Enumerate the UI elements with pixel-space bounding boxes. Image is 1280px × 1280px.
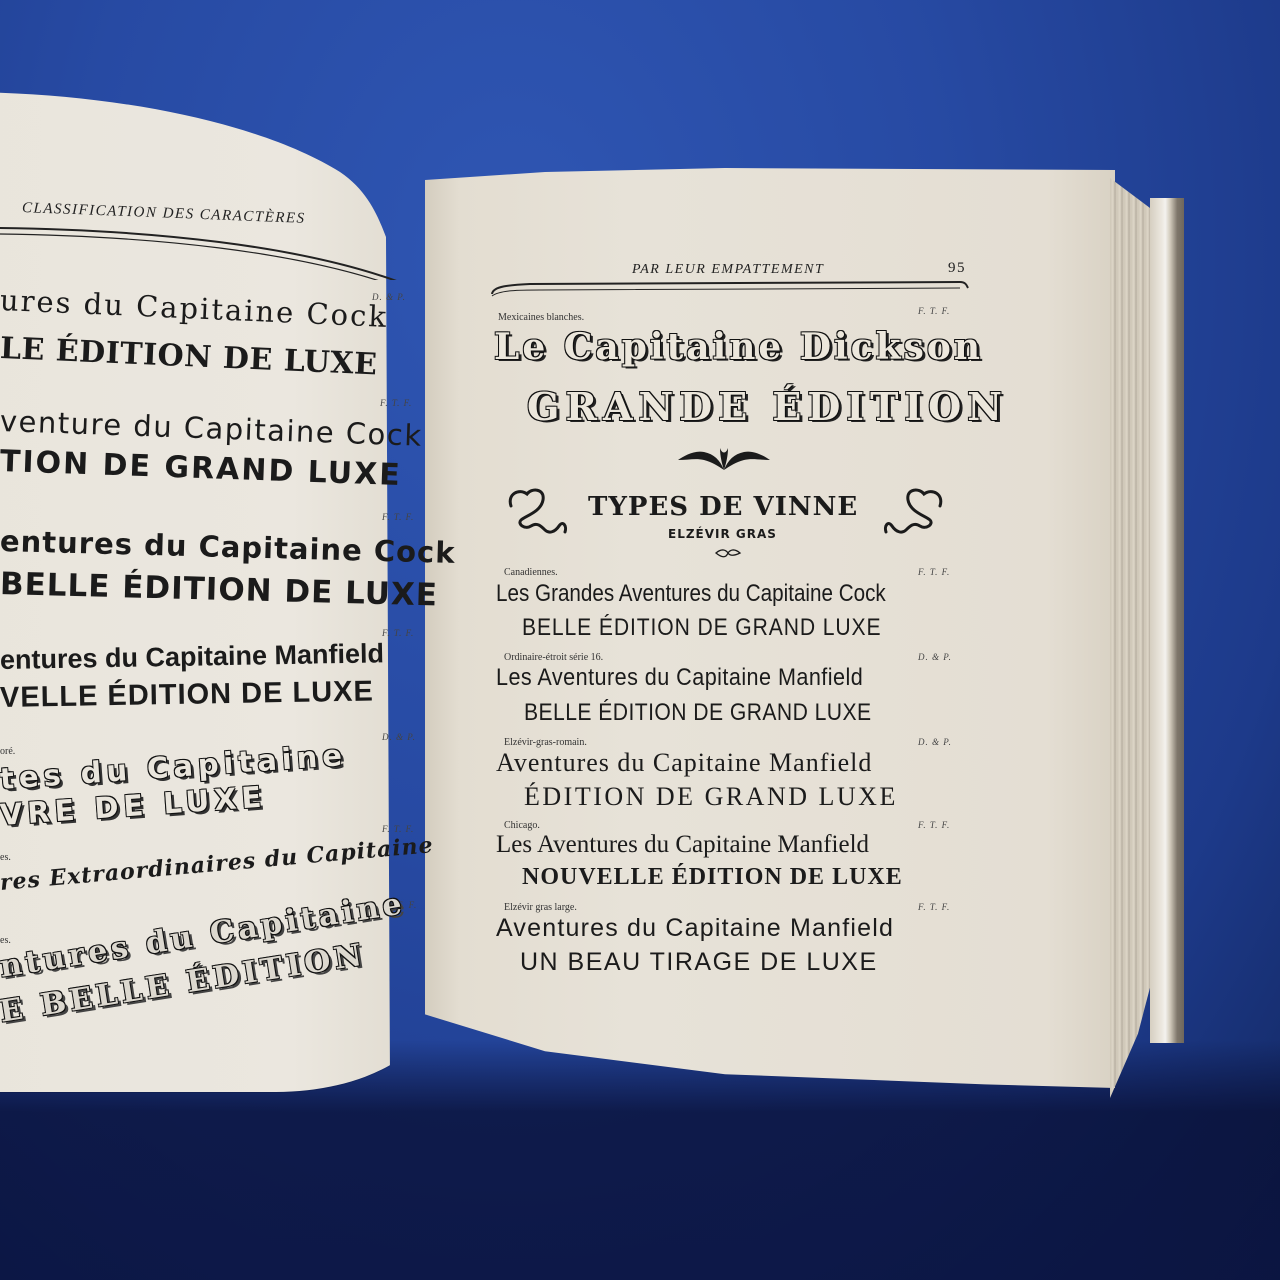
specimen-line: BELLE ÉDITION DE GRAND LUXE [524, 699, 872, 727]
section-title: TYPES DE VINNE [588, 492, 858, 522]
specimen-line: Les Aventures du Capitaine Manfield [496, 664, 863, 692]
specimen-label: es. [0, 935, 11, 946]
specimen-source: F. T. F. [382, 512, 414, 522]
book-cover-edge [1150, 198, 1184, 1043]
page-number: 95 [948, 260, 966, 277]
specimen-line: UN BEAU TIRAGE DE LUXE [520, 948, 878, 977]
specimen-label: Elzévir gras large. [504, 902, 577, 913]
specimen-label: Chicago. [504, 820, 540, 831]
specimen-line: Aventures du Capitaine Manfield [496, 914, 894, 943]
specimen-line: BELLE ÉDITION DE GRAND LUXE [522, 614, 881, 642]
page-edges [1110, 178, 1150, 1098]
section-subtitle: ELZÉVIR GRAS [668, 527, 777, 541]
specimen-label: Elzévir-gras-romain. [504, 737, 587, 748]
left-header-rule [0, 220, 420, 280]
specimen-source: F. T. F. [918, 567, 950, 577]
specimen-source: F. T. F. [918, 902, 950, 912]
small-fleuron-icon [714, 546, 742, 560]
specimen-label: es. [0, 852, 11, 863]
specimen-line: Le Capitaine Dickson [494, 326, 983, 368]
specimen-source: D. & P. [382, 732, 416, 742]
specimen-source: F. T. F. [382, 824, 414, 834]
specimen-line: ÉDITION DE GRAND LUXE [524, 782, 898, 812]
specimen-line: Aventures du Capitaine Manfield [496, 748, 872, 778]
specimen-source: D. & P. [918, 652, 952, 662]
specimen-line: NOUVELLE ÉDITION DE LUXE [522, 864, 903, 891]
specimen-source: F. T. F. [918, 820, 950, 830]
specimen-line: Les Aventures du Capitaine Manfield [496, 831, 869, 859]
specimen-label: oré. [0, 746, 15, 757]
specimen-line: Les Grandes Aventures du Capitaine Cock [496, 580, 886, 608]
specimen-line: GRANDE ÉDITION [527, 384, 1008, 429]
specimen-source: F. T. F. [382, 628, 414, 638]
specimen-line: VELLE ÉDITION DE LUXE [0, 675, 374, 715]
fleuron-ornament-icon [676, 444, 772, 474]
right-header-rule [490, 280, 970, 298]
specimen-source: F. T. F. [918, 306, 950, 316]
specimen-source: D. & P. [918, 737, 952, 747]
specimen-source: F. T. F. [380, 398, 412, 408]
scroll-ornament-left-icon [505, 486, 575, 542]
specimen-label: Ordinaire-étroit série 16. [504, 652, 603, 663]
specimen-label: Mexicaines blanches. [498, 312, 584, 323]
right-running-head: PAR LEUR EMPATTEMENT [632, 262, 824, 278]
scroll-ornament-right-icon [876, 486, 946, 542]
specimen-label: Canadiennes. [504, 567, 558, 578]
